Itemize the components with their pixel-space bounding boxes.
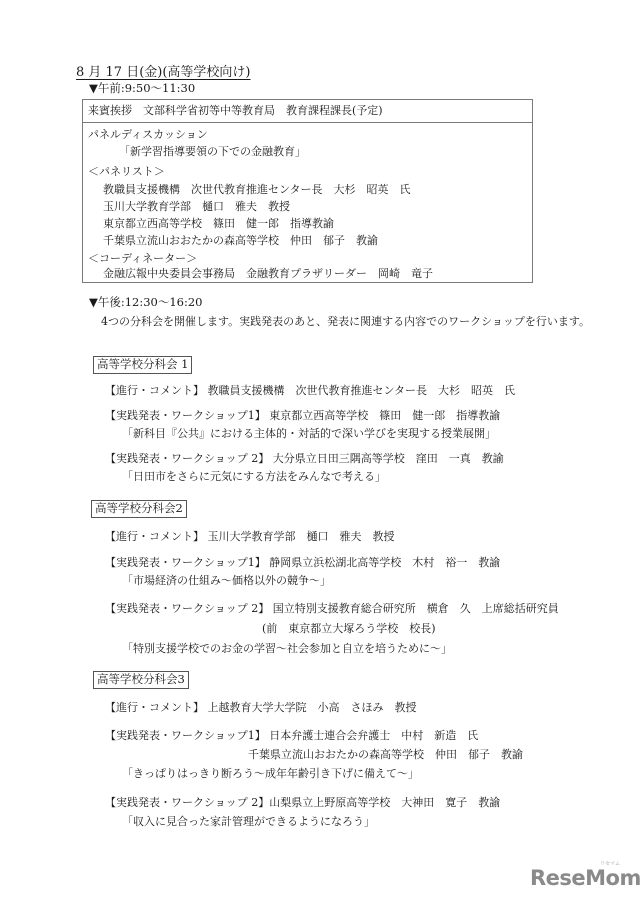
panel-theme: 「新学習指導要領の下での金融教育」 <box>119 146 306 157</box>
session-workshop: 【実践発表・ワークショップ 2】 国立特別支援教育総合研究所 横倉 久 上席総括… <box>105 603 559 614</box>
session-label: 高等学校分科会3 <box>93 671 189 689</box>
session-workshop: 【実践発表・ワークショップ 2】山梨県立上野原高等学校 大神田 寛子 教諭 <box>105 797 500 808</box>
session-moderator: 【進行・コメント】 玉川大学教育学部 樋口 雅夫 教授 <box>105 531 395 542</box>
coordinator-heading: ＜コーディネーター＞ <box>88 253 197 264</box>
resemom-logo: ReseMom <box>530 868 640 889</box>
session-workshop-theme: 「新科目『公共』における主体的・対話的で深い学びを実現する授業展開」 <box>122 428 496 439</box>
session-workshop: 【実践発表・ワークショップ1】 日本弁護士連合会弁護士 中村 新造 氏 <box>105 730 478 741</box>
panelist: 東京都立西高等学校 篠田 健一郎 指導教諭 <box>103 218 334 229</box>
session-moderator: 【進行・コメント】 上越教育大学大学院 小高 さほみ 教授 <box>105 702 417 713</box>
morning-program-box: 来賓挨拶 文部科学省初等中等教育局 教育課程課長(予定) パネルディスカッション… <box>82 99 533 283</box>
panelist-heading: ＜パネリスト＞ <box>88 166 165 177</box>
morning-time: ▼午前:9:50〜11:30 <box>89 83 195 95</box>
coordinator: 金融広報中央委員会事務局 金融教育プラザリーダー 岡崎 竜子 <box>103 268 433 279</box>
panelist: 千葉県立流山おおたかの森高等学校 仲田 郁子 教諭 <box>103 235 378 246</box>
session-workshop-theme: 「日田市をさらに元気にする方法をみんなで考える」 <box>122 471 386 482</box>
session-label: 高等学校分科会 1 <box>93 356 192 374</box>
panelist: 玉川大学教育学部 樋口 雅夫 教授 <box>103 201 290 212</box>
afternoon-time: ▼午後:12:30〜16:20 <box>89 297 203 309</box>
guest-greeting: 来賓挨拶 文部科学省初等中等教育局 教育課程課長(予定) <box>88 105 383 116</box>
session-workshop-theme: 「市場経済の仕組み〜価格以外の競争〜」 <box>122 575 331 586</box>
session-workshop-theme: 「きっぱりはっきり断ろう〜成年年齢引き下げに備えて〜」 <box>122 768 419 779</box>
session-workshop-theme: 「収入に見合った家計管理ができるようになろう」 <box>122 816 375 827</box>
session-workshop: 【実践発表・ワークショップ1】 静岡県立浜松湖北高等学校 木村 裕一 教諭 <box>105 557 500 568</box>
session-workshop: 【実践発表・ワークショップ1】 東京都立西高等学校 篠田 健一郎 指導教諭 <box>105 410 500 421</box>
session-label: 高等学校分科会2 <box>91 500 187 518</box>
box-divider <box>83 122 532 123</box>
session-workshop-theme: 「特別支援学校でのお金の学習〜社会参加と自立を培うために〜」 <box>122 643 452 654</box>
page-title: 8 月 17 日(金)(高等学校向け) <box>76 66 251 79</box>
resemom-logo-ruby: リセマム <box>600 862 620 867</box>
session-workshop-second-presenter: 千葉県立流山おおたかの森高等学校 仲田 郁子 教諭 <box>248 749 523 760</box>
panel-discussion-label: パネルディスカッション <box>88 129 208 140</box>
afternoon-description: 4つの分科会を開催します。実践発表のあと、発表に関連する内容でのワークショップを… <box>101 316 590 327</box>
session-workshop-note: (前 東京都立大塚ろう学校 校長) <box>262 623 436 634</box>
session-workshop: 【実践発表・ワークショップ 2】 大分県立日田三隅高等学校 窪田 一真 教諭 <box>105 453 504 464</box>
panelist: 教職員支援機構 次世代教育推進センター長 大杉 昭英 氏 <box>103 184 411 195</box>
session-moderator: 【進行・コメント】 教職員支援機構 次世代教育推進センター長 大杉 昭英 氏 <box>105 385 515 396</box>
